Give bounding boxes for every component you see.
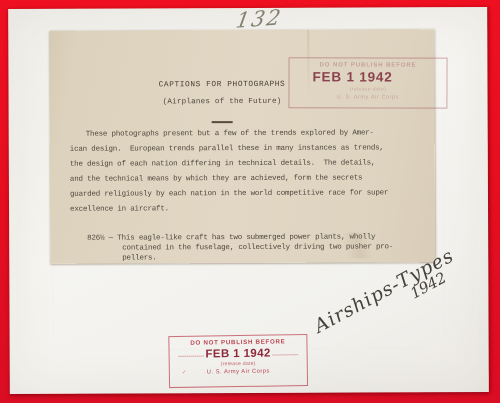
stamp-org-row: ✓ U. S. Army Air Corps	[170, 368, 307, 376]
dotted-leader	[178, 356, 203, 357]
stamp-header-text: DO NOT PUBLISH BEFORE	[290, 62, 447, 68]
caption-item-line: pellers.	[122, 253, 156, 263]
paragraph-line: ican design. European trends parallel th…	[70, 141, 422, 158]
paragraph-line: excellence in aircraft.	[70, 201, 422, 218]
stamp-org-text: U. S. Army Air Corps	[289, 94, 446, 100]
release-stamp-bottom: DO NOT PUBLISH BEFORE FEB 1 1942 (releas…	[168, 334, 308, 388]
paragraph-line: the design of each nation differing in t…	[70, 156, 422, 173]
caption-item-text: This eagle-like craft has two submerged …	[117, 233, 375, 242]
handwritten-page-number: 132	[234, 5, 284, 33]
stamp-date: FEB 1 1942	[205, 347, 271, 360]
caption-item-dash: —	[109, 235, 113, 243]
stamp-org-text: U. S. Army Air Corps	[207, 369, 270, 376]
caption-item-line: contained in the fuselage, collectively …	[122, 242, 393, 253]
dotted-leader	[273, 354, 298, 355]
photo-paper-back: 132 CAPTIONS FOR PHOTOGRAPHS (Airplanes …	[8, 7, 489, 394]
check-mark: ✓	[182, 370, 187, 376]
release-stamp-top: DO NOT PUBLISH BEFORE FEB 1 1942 (releas…	[288, 57, 447, 108]
caption-item-number: 826½	[87, 235, 104, 243]
caption-item-line: 826½ — This eagle-like craft has two sub…	[87, 232, 375, 243]
caption-sheet: CAPTIONS FOR PHOTOGRAPHS (Airplanes of t…	[49, 29, 435, 264]
stamp-date: FEB 1 1942	[289, 69, 446, 84]
paragraph-line: guarded religiously by each nation in th…	[70, 186, 422, 203]
caption-paragraph: These photographs present but a few of t…	[70, 126, 422, 218]
stamp-release-date-label: (release date)	[170, 360, 307, 368]
paragraph-line: and the technical means by which they ar…	[70, 171, 422, 188]
stamp-date-row: FEB 1 1942	[170, 346, 307, 361]
stamp-release-date-label: (release date)	[289, 86, 446, 92]
title-separator-rule	[212, 121, 233, 123]
paragraph-line: These photographs present but a few of t…	[70, 126, 422, 143]
